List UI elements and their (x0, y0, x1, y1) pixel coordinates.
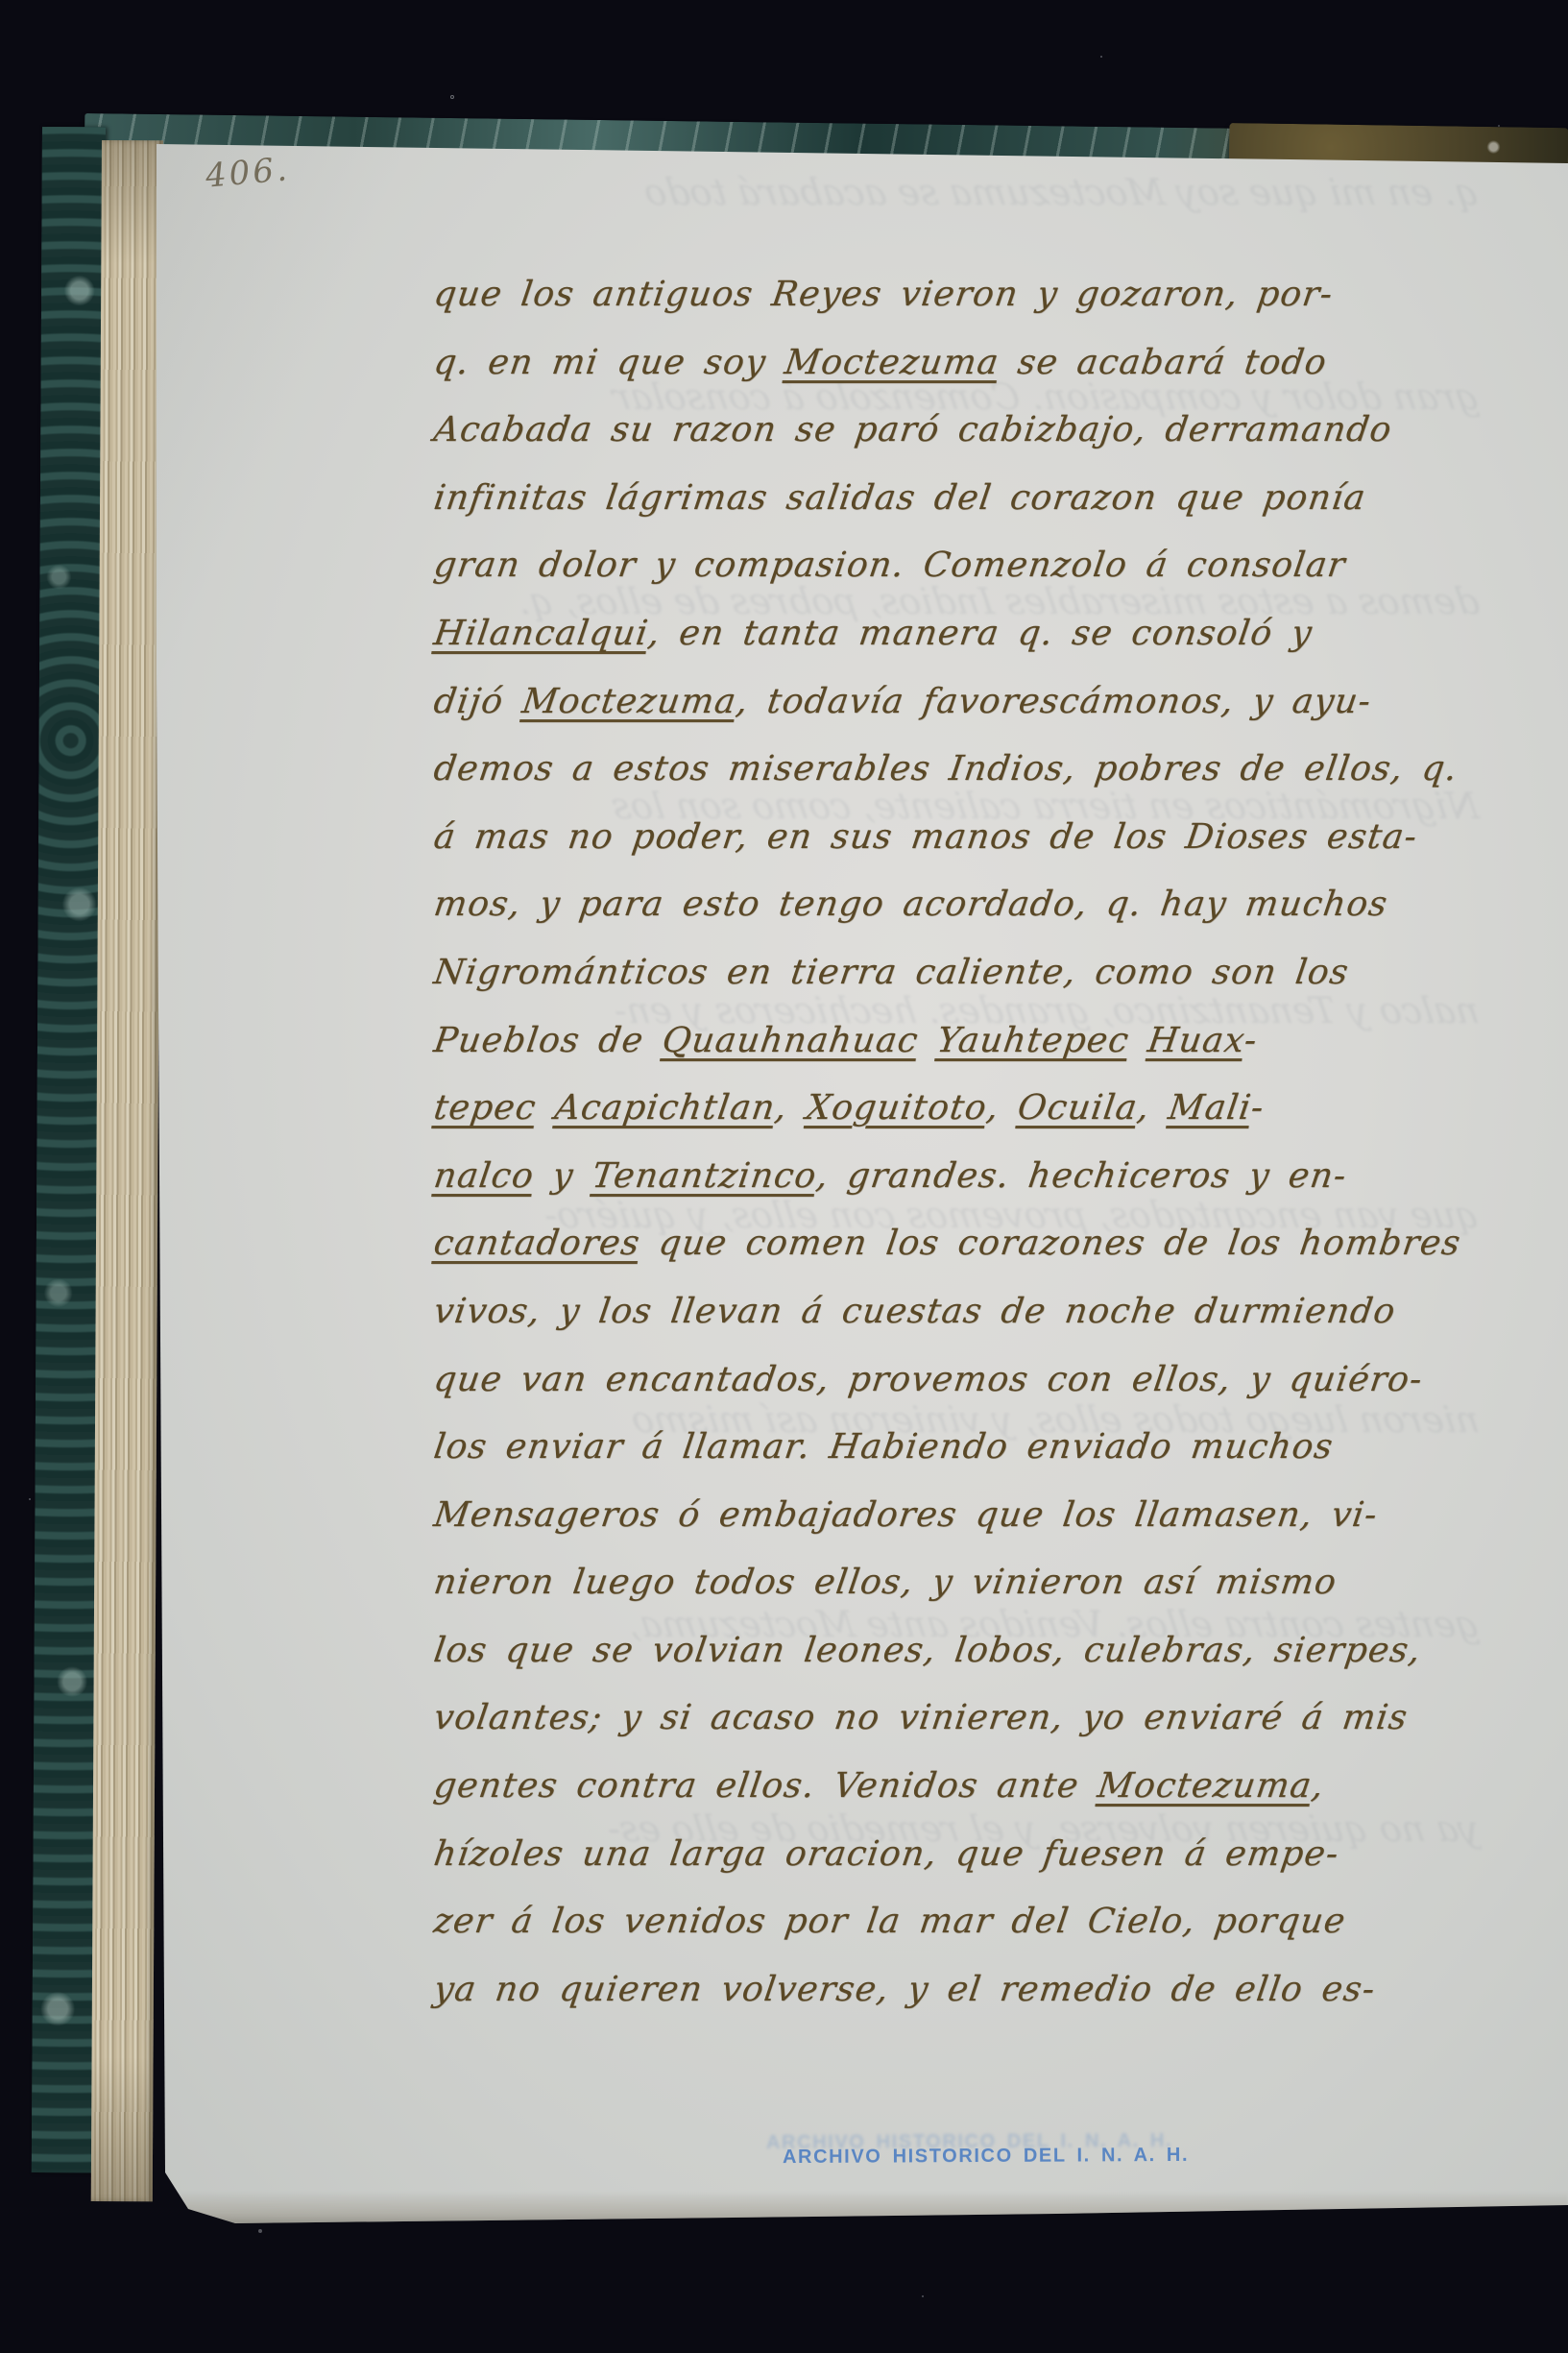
manuscript-line: que los antiguos Reyes vieron y gozaron,… (429, 261, 1568, 329)
underlined-word: Mali (1166, 1088, 1254, 1128)
underlined-word: Yauhtepec (934, 1021, 1132, 1060)
underlined-word: Huax (1146, 1021, 1247, 1060)
manuscript-line: mos, y para esto tengo acordado, q. hay … (429, 871, 1568, 939)
manuscript-line: Pueblos de Quauhnahuac Yauhtepec Huax- (429, 1007, 1568, 1076)
underlined-word: Acapichtlan (552, 1088, 778, 1128)
underlined-word: Tenantzinco (590, 1156, 819, 1196)
manuscript-line: Acabada su razon se paró cabizbajo, derr… (429, 397, 1568, 465)
manuscript-line: nalco y Tenantzinco, grandes. hechiceros… (429, 1143, 1568, 1211)
manuscript-line: gran dolor y compasion. Comenzolo á cons… (429, 532, 1568, 600)
underlined-word: nalco (431, 1156, 537, 1196)
page-number: 406. (204, 150, 291, 195)
manuscript-page: q. en mi que soy Moctezuma se acabará to… (0, 0, 1568, 2353)
manuscript-line: á mas no poder, en sus manos de los Dios… (429, 804, 1568, 872)
archive-stamp: ARCHIVO HISTORICO DEL I. N. A. H. (783, 2145, 1189, 2169)
manuscript-line: infinitas lágrimas salidas del corazon q… (429, 465, 1568, 533)
manuscript-line: zer á los venidos por la mar del Cielo, … (429, 1888, 1568, 1956)
manuscript-line: los que se volvian leones, lobos, culebr… (429, 1617, 1568, 1686)
manuscript-line: dijó Moctezuma, todavía favorescámonos, … (429, 668, 1568, 737)
manuscript-line: vivos, y los llevan á cuestas de noche d… (429, 1278, 1568, 1346)
manuscript-line: q. en mi que soy Moctezuma se acabará to… (429, 329, 1568, 398)
manuscript-line: hízoles una larga oracion, que fuesen á … (429, 1821, 1568, 1889)
page-stack-fore-edge (91, 140, 163, 2201)
underlined-word: Ocuila (1015, 1088, 1140, 1128)
underlined-word: Quauhnahuac (660, 1021, 921, 1060)
underlined-word: Moctezuma (519, 682, 739, 721)
underlined-word: Hilancalqui (431, 614, 651, 653)
manuscript-line: Nigrománticos en tierra caliente, como s… (429, 939, 1568, 1007)
manuscript-line: demos a estos miserables Indios, pobres … (429, 736, 1568, 804)
underlined-word: cantadores (431, 1224, 642, 1263)
manuscript-text: que los antiguos Reyes vieron y gozaron,… (434, 261, 1567, 2024)
underlined-word: tepec (431, 1088, 539, 1128)
manuscript-line: ya no quieren volverse, y el remedio de … (429, 1956, 1568, 2025)
underlined-word: Moctezuma (1095, 1766, 1315, 1806)
manuscript-line: volantes; y si acaso no vinieren, yo env… (429, 1685, 1568, 1753)
underlined-word: Moctezuma (783, 343, 1002, 382)
manuscript-line: los enviar á llamar. Habiendo enviado mu… (429, 1414, 1568, 1482)
bleedthrough-text: q. en mi que soy Moctezuma se acabará to… (265, 163, 1483, 221)
manuscript-line: gentes contra ellos. Venidos ante Moctez… (429, 1753, 1568, 1821)
manuscript-line: Hilancalqui, en tanta manera q. se conso… (429, 600, 1568, 668)
manuscript-line: nieron luego todos ellos, y vinieron así… (429, 1549, 1568, 1617)
dust-specks (451, 96, 453, 98)
manuscript-line: que van encantados, provemos con ellos, … (429, 1346, 1568, 1415)
manuscript-line: tepec Acapichtlan, Xoguitoto, Ocuila, Ma… (429, 1075, 1568, 1143)
manuscript-line: Mensageros ó embajadores que los llamase… (429, 1482, 1568, 1550)
photo-background: q. en mi que soy Moctezuma se acabará to… (0, 0, 1568, 2353)
page-bottom-edge-shadow (154, 2192, 1568, 2224)
underlined-word: Xoguitoto (804, 1088, 990, 1128)
manuscript-line: cantadores que comen los corazones de lo… (429, 1210, 1568, 1278)
